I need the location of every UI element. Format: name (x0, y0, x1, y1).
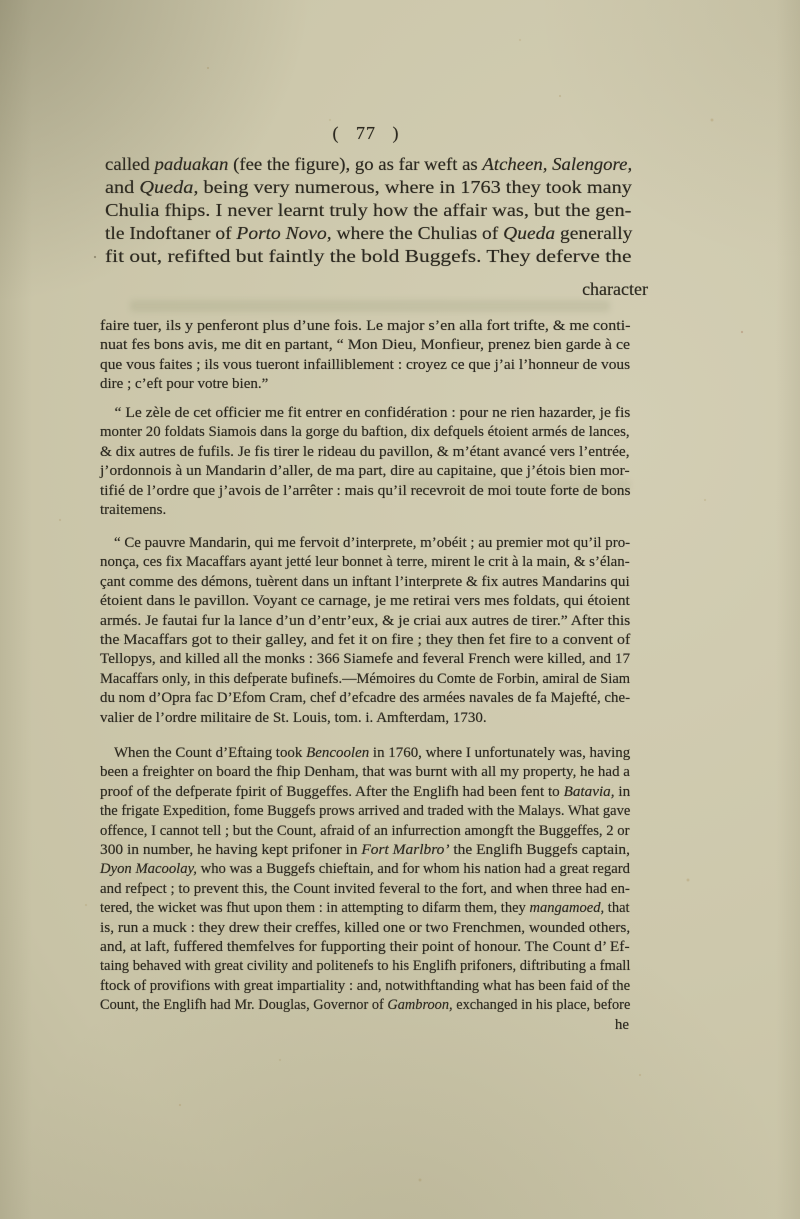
text-line: proof of the defperate fpirit of Buggeff… (100, 783, 630, 802)
footnote-paragraph-1: faire tuer, ils y penferont plus d’une f… (100, 317, 630, 395)
roman-text: dire ; c’eft pour votre bien.” (100, 376, 268, 392)
text-line: armés. Je fautai fur la lance d’un d’ent… (100, 612, 630, 631)
text-line: étoient dans le pavillon. Voyant ce carn… (100, 592, 630, 611)
text-line: que vous faites ; ils vous tueront infai… (100, 356, 630, 375)
roman-text: When the Count d’Eftaing took (114, 745, 306, 761)
italic-text: Dyon Macoolay, (100, 861, 197, 877)
text-line: Count, the Englifh had Mr. Douglas, Gove… (100, 996, 630, 1015)
text-line: “ Ce pauvre Mandarin, qui me fervoit d’i… (100, 534, 630, 553)
text-line: been a freighter on board the fhip Denha… (100, 763, 630, 782)
italic-text: Atcheen, (482, 154, 547, 174)
text-line: Chulia fhips. I never learnt truly how t… (105, 199, 631, 222)
text-line: the frigate Expedition, fome Buggefs pro… (100, 802, 630, 821)
book-page: ( 77 ) called paduakan (fee the figure),… (0, 0, 800, 1219)
roman-text: étoient dans le pavillon. Voyant ce carn… (100, 593, 630, 609)
roman-text: nuat fes bons avis, me dit en partant, “… (100, 337, 630, 353)
roman-text: the Macaffars got to their galley, and f… (100, 632, 630, 648)
text-line: Dyon Macoolay, who was a Buggefs chiefta… (100, 860, 630, 879)
roman-text: in 1760, where I unfortunately was, havi… (369, 745, 630, 761)
italic-text: Queda, (139, 177, 198, 197)
roman-text: fit out, refifted but faintly the bold B… (105, 246, 631, 266)
roman-text: nonça, ces fix Macaffars ayant jetté leu… (100, 554, 630, 570)
text-line: & dix autres de fufils. Je fis tirer le … (100, 443, 630, 462)
text-line: tle Indoftaner of Porto Novo, where the … (105, 222, 632, 245)
text-line: çant comme des démons, tuèrent dans un i… (100, 573, 630, 592)
roman-text: Chulia fhips. I never learnt truly how t… (105, 200, 631, 220)
roman-text: in (615, 784, 631, 800)
catchword-main: character (582, 279, 648, 300)
roman-text: being very numerous, where in 1763 they … (198, 177, 631, 197)
roman-text: que vous faites ; ils vous tueront infai… (100, 357, 630, 373)
text-line: j’ordonnois à un Mandarin d’aller, de ma… (100, 462, 630, 481)
text-line: monter 20 foldats Siamois dans la gorge … (100, 423, 630, 442)
roman-text: çant comme des démons, tuèrent dans un i… (100, 574, 630, 590)
roman-text: (fee the figure), go as far weft as (228, 154, 482, 174)
text-line: traitemens. (100, 501, 166, 520)
roman-text: the Englifh Buggefs captain, (450, 842, 630, 858)
italic-text: Porto Novo, (236, 223, 331, 243)
roman-text: “ Le zèle de cet officier me fit entrer … (115, 405, 631, 421)
text-line: When the Count d’Eftaing took Bencoolen … (100, 744, 630, 763)
roman-text: called (105, 154, 154, 174)
roman-text: and (105, 177, 139, 197)
roman-text: j’ordonnois à un Mandarin d’aller, de ma… (100, 463, 630, 479)
roman-text: exchanged in his place, before (453, 997, 631, 1013)
roman-text: Macaffars only, in this defperate bufine… (100, 671, 630, 687)
roman-text: tle Indoftaner of (105, 223, 236, 243)
roman-text: taing behaved with great civility and po… (100, 958, 630, 974)
text-line: fit out, refifted but faintly the bold B… (105, 245, 631, 268)
roman-text: who was a Buggefs chieftain, and for who… (197, 861, 630, 877)
roman-text: 300 in number, he having kept prifoner i… (100, 842, 361, 858)
roman-text: where the Chulias of (332, 223, 503, 243)
text-line: tifié de l’ordre que j’avois de l’arrête… (100, 482, 630, 501)
roman-text: been a freighter on board the fhip Denha… (100, 764, 630, 780)
roman-text: valier de l’ordre militaire de St. Louis… (100, 710, 487, 726)
roman-text: “ Ce pauvre Mandarin, qui me fervoit d’i… (114, 535, 630, 551)
text-line: “ Le zèle de cet officier me fit entrer … (100, 404, 630, 423)
roman-text: and refpect ; to prevent this, the Count… (100, 881, 630, 897)
text-line: is, run a muck : they drew their creffes… (100, 919, 630, 938)
roman-text: the frigate Expedition, fome Buggefs pro… (100, 803, 630, 819)
text-line: du nom d’Opra fac D’Efom Cram, chef d’ef… (100, 689, 630, 708)
italic-text: mangamoed, (529, 900, 604, 916)
text-line: the Macaffars got to their galley, and f… (100, 631, 630, 650)
roman-text: Count, the Englifh had Mr. Douglas, Gove… (100, 997, 387, 1013)
roman-text: traitemens. (100, 502, 166, 518)
text-line: and Queda, being very numerous, where in… (105, 176, 632, 199)
roman-text: proof of the defperate fpirit of Buggeff… (100, 784, 564, 800)
text-line: nuat fes bons avis, me dit en partant, “… (100, 336, 630, 355)
italic-text: Queda (503, 223, 555, 243)
roman-text: & dix autres de fufils. Je fis tirer le … (100, 444, 630, 460)
roman-text: tifié de l’ordre que j’avois de l’arrête… (100, 483, 630, 499)
italic-text: Gambroon, (387, 997, 452, 1013)
text-line: faire tuer, ils y penferont plus d’une f… (100, 317, 631, 336)
roman-text: that (604, 900, 629, 916)
main-paragraph: called paduakan (fee the figure), go as … (105, 153, 632, 268)
footnote-paragraph-2: “ Le zèle de cet officier me fit entrer … (100, 404, 630, 520)
roman-text: faire tuer, ils y penferont plus d’une f… (100, 318, 631, 334)
roman-text: and, at laft, fuffered themfelves for fu… (100, 939, 630, 955)
page-number: ( 77 ) (100, 123, 632, 144)
text-line: called paduakan (fee the figure), go as … (105, 153, 632, 176)
footnote-paragraph-3: “ Ce pauvre Mandarin, qui me fervoit d’i… (100, 534, 630, 728)
roman-text: armés. Je fautai fur la lance d’un d’ent… (100, 613, 630, 629)
text-line: 300 in number, he having kept prifoner i… (100, 841, 630, 860)
text-line: taing behaved with great civility and po… (100, 957, 630, 976)
roman-text: Tellopys, and killed all the monks : 366… (100, 651, 630, 667)
text-line: tered, the wicket was fhut upon them : i… (100, 899, 630, 918)
bleedthrough-ghost (130, 300, 610, 312)
italic-text: Batavia, (564, 784, 615, 800)
text-line: Macaffars only, in this defperate bufine… (100, 670, 630, 689)
catchword-footnote: he (615, 1017, 629, 1034)
text-line: dire ; c’eft pour votre bien.” (100, 375, 268, 394)
italic-text: Bencoolen (306, 745, 369, 761)
italic-text: Salengore, (552, 154, 632, 174)
roman-text: offence, I cannot tell ; but the Count, … (100, 823, 630, 839)
footnote-paragraph-4: When the Count d’Eftaing took Bencoolen … (100, 744, 630, 1016)
text-line: and refpect ; to prevent this, the Count… (100, 880, 630, 899)
roman-text: du nom d’Opra fac D’Efom Cram, chef d’ef… (100, 690, 630, 706)
text-line: offence, I cannot tell ; but the Count, … (100, 822, 630, 841)
text-line: nonça, ces fix Macaffars ayant jetté leu… (100, 553, 630, 572)
text-line: valier de l’ordre militaire de St. Louis… (100, 709, 487, 728)
text-line: Tellopys, and killed all the monks : 366… (100, 650, 630, 669)
roman-text: tered, the wicket was fhut upon them : i… (100, 900, 529, 916)
text-line: ftock of provifions with great impartial… (100, 977, 630, 996)
italic-text: Fort Marlbro’ (361, 842, 449, 858)
roman-text: generally (555, 223, 632, 243)
roman-text: is, run a muck : they drew their creffes… (100, 920, 630, 936)
roman-text: monter 20 foldats Siamois dans la gorge … (100, 424, 630, 440)
italic-text: paduakan (154, 154, 228, 174)
text-line: and, at laft, fuffered themfelves for fu… (100, 938, 630, 957)
roman-text: ftock of provifions with great impartial… (100, 978, 630, 994)
